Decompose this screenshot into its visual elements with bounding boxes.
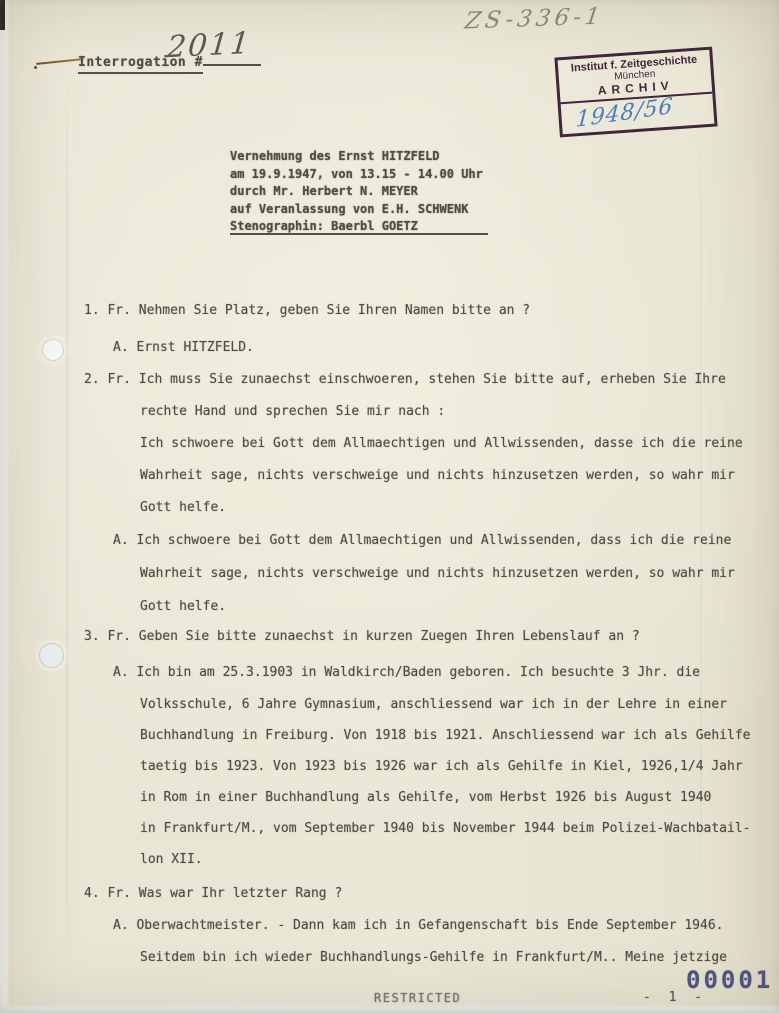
paper-fold-line bbox=[700, 70, 702, 990]
typed-line: rechte Hand und sprechen Sie mir nach : bbox=[140, 404, 445, 419]
typed-line-question-4: 4. Fr. Was war Ihr letzter Rang ? bbox=[84, 886, 342, 901]
archive-stamp: Institut f. Zeitgeschichte München ARCHI… bbox=[554, 47, 717, 138]
typed-line: Wahrheit sage, nichts verschweige und ni… bbox=[140, 468, 735, 483]
header-line-datetime: am 19.9.1947, von 13.15 - 14.00 Uhr bbox=[230, 166, 483, 184]
scan-edge-bottom bbox=[0, 1004, 779, 1013]
typed-line: Wahrheit sage, nichts verschweige und ni… bbox=[140, 566, 735, 581]
typed-line: in Rom in einer Buchhandlung als Gehilfe… bbox=[140, 790, 711, 805]
header-line-authority: auf Veranlassung von E.H. SCHWENK bbox=[230, 201, 483, 219]
typed-line: Volksschule, 6 Jahre Gymnasium, anschlie… bbox=[140, 697, 727, 712]
typed-line-answer-2: A. Ich schwoere bei Gott dem Allmaechtig… bbox=[113, 533, 731, 548]
handwritten-interrogation-number: 2011 bbox=[166, 26, 253, 66]
typed-line: Gott helfe. bbox=[140, 500, 226, 515]
classification-footer: RESTRICTED bbox=[374, 991, 461, 1005]
typed-line-question-3: 3. Fr. Geben Sie bitte zunaechst in kurz… bbox=[84, 629, 640, 644]
typed-line: taetig bis 1923. Von 1923 bis 1926 war i… bbox=[140, 759, 743, 774]
typed-line: lon XII. bbox=[140, 852, 203, 867]
pencil-stroke-dot bbox=[34, 66, 37, 69]
scan-edge-left bbox=[0, 0, 10, 1013]
typed-line: Gott helfe. bbox=[140, 599, 226, 614]
typed-line: Buchhandlung in Freiburg. Von 1918 bis 1… bbox=[140, 728, 750, 743]
hole-punch-top bbox=[42, 339, 64, 361]
typed-line-question-1: 1. Fr. Nehmen Sie Platz, geben Sie Ihren… bbox=[84, 303, 530, 318]
typed-line-answer-1: A. Ernst HITZFELD. bbox=[113, 340, 254, 355]
scanned-page: Interrogation # 2011 ZS-336-1 Institut f… bbox=[0, 0, 779, 1013]
hearing-header-block: Vernehmung des Ernst HITZFELD am 19.9.19… bbox=[230, 148, 483, 236]
header-line-interrogator: durch Mr. Herbert N. MEYER bbox=[230, 183, 483, 201]
header-underline bbox=[230, 233, 488, 235]
hole-punch-bottom bbox=[39, 643, 64, 668]
handwritten-archive-signature: ZS-336-1 bbox=[463, 4, 605, 35]
header-line-subject: Vernehmung des Ernst HITZFELD bbox=[230, 148, 483, 166]
typed-line-question-2: 2. Fr. Ich muss Sie zunaechst einschwoer… bbox=[84, 372, 726, 387]
typed-line-answer-4: A. Oberwachtmeister. - Dann kam ich in G… bbox=[113, 918, 723, 933]
typed-line-answer-3: A. Ich bin am 25.3.1903 in Waldkirch/Bad… bbox=[113, 665, 700, 680]
scan-corner-mark bbox=[0, 0, 5, 30]
typed-line: Ich schwoere bei Gott dem Allmaechtigen … bbox=[140, 436, 743, 451]
typed-line: in Frankfurt/M., vom September 1940 bis … bbox=[140, 821, 750, 836]
serial-number-stamp: 00001 bbox=[686, 966, 773, 994]
paper-fold-line bbox=[66, 70, 68, 990]
pencil-stroke bbox=[36, 58, 84, 65]
typed-line: Seitdem bin ich wieder Buchhandlungs-Geh… bbox=[140, 950, 727, 965]
